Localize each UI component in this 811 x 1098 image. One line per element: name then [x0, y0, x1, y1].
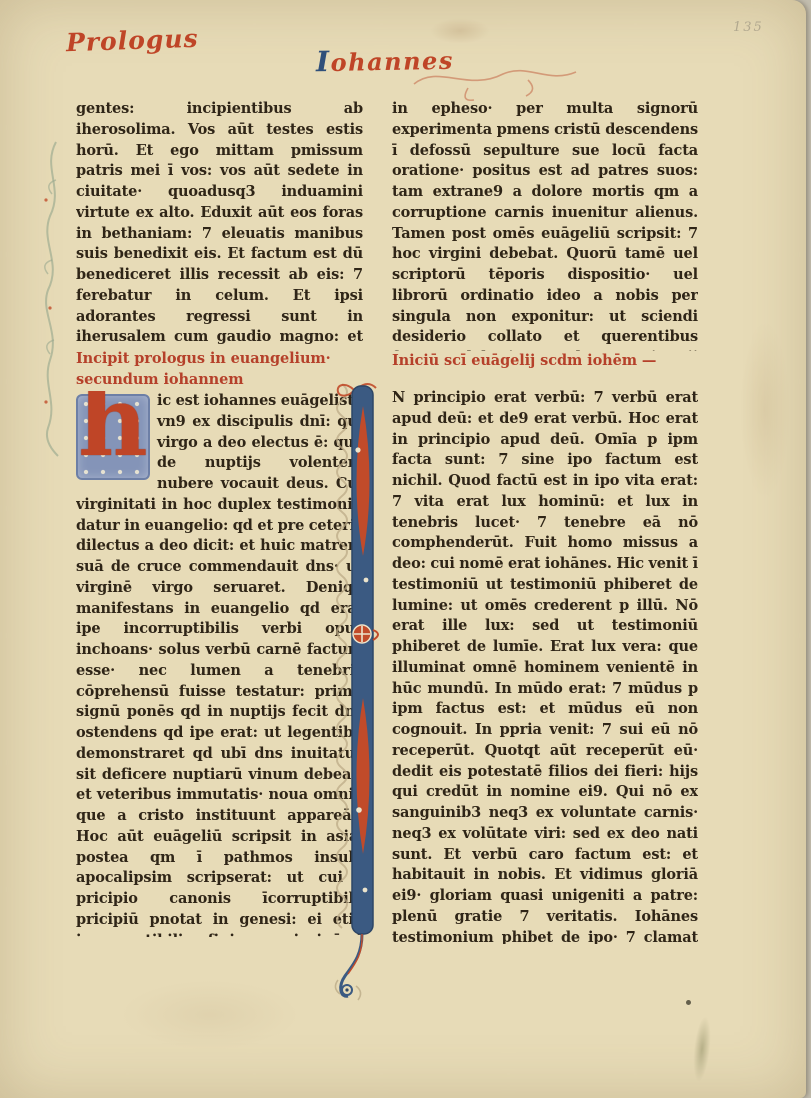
illuminated-initial-h: h — [76, 394, 150, 480]
stain-blotch-top — [430, 18, 490, 44]
initial-h-letter: h — [78, 391, 148, 470]
stain-smudge-green — [691, 1015, 714, 1082]
parchment-page: Prologus Iohannes 135 gentes: incipienti… — [0, 0, 806, 1098]
incipit-prologue-line1: Incipit prologus in euangelium· — [76, 349, 376, 370]
illuminated-initial-i: I — [332, 380, 386, 1008]
margin-penwork-decoration — [34, 140, 74, 460]
manuscript-photo: { "page": { "folio_number": "135", "runn… — [0, 0, 811, 1098]
left-column-luke-ending: gentes: incipientibus ab iherosolima. Vo… — [76, 99, 363, 349]
running-title-initial: I — [316, 45, 331, 78]
running-title-iohannes: Iohannes — [316, 43, 454, 78]
incipit-gospel-line: Iniciū scī euāgelij scdm iohēm — — [392, 351, 698, 372]
running-title-rest: ohannes — [330, 46, 454, 77]
left-column-prologue: hic est iohannes euāgelista vn9 ex disci… — [76, 391, 363, 937]
stain-blotch-bottom-left — [120, 980, 300, 1050]
initial-i-artwork — [332, 380, 386, 1008]
right-column-prologue-continuation: in epheso· per multa signorū experimenta… — [392, 99, 698, 351]
right-column-gospel: N principio erat verbū: 7 verbū erat apu… — [392, 388, 698, 944]
stain-blotch-right — [740, 320, 790, 500]
stain-speck — [686, 1000, 691, 1005]
running-title-prologus: Prologus — [66, 24, 199, 58]
left-column-incipit-prologue: Incipit prologus in euangelium· secundum… — [76, 349, 376, 391]
incipit-prologue-line2: secundum iohannem — [76, 370, 376, 391]
prologue-continuation-text: in epheso· per multa signorū experimenta… — [392, 100, 698, 351]
folio-number: 135 — [733, 20, 764, 35]
